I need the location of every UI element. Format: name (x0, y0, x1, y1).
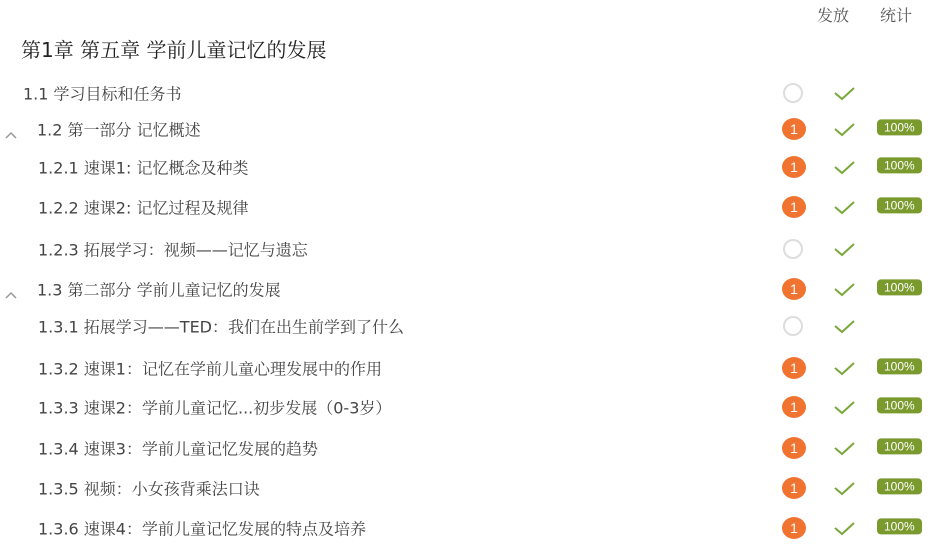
count-badge-text: 1 (782, 156, 806, 178)
publish-count-badge[interactable]: 1 (782, 357, 806, 379)
item-label[interactable]: 1.3.2 速课1：记忆在学前儿童心理发展中的作用 (38, 357, 382, 380)
progress-badge[interactable]: 100% (877, 397, 922, 413)
check-icon[interactable] (832, 240, 856, 258)
item-label[interactable]: 1.3.4 速课3：学前儿童记忆发展的趋势 (38, 437, 318, 460)
list-item[interactable]: 1.3.1 拓展学习——TED：我们在出生前学到了什么 (0, 308, 946, 344)
item-label[interactable]: 1.3.3 速课2：学前儿童记忆...初步发展（0-3岁） (38, 396, 391, 419)
item-label[interactable]: 1.2.1 速课1: 记忆概念及种类 (38, 156, 248, 179)
progress-badge[interactable]: 100% (877, 438, 922, 454)
publish-count-badge[interactable]: 1 (782, 517, 806, 539)
list-item[interactable]: 1.2.2 速课2: 记忆过程及规律1100% (0, 189, 946, 225)
check-icon[interactable] (832, 280, 856, 298)
list-item[interactable]: 1.3.6 速课4：学前儿童记忆发展的特点及培养1100% (0, 510, 946, 546)
count-badge-text: 1 (782, 437, 806, 459)
count-badge-text: 1 (782, 396, 806, 418)
check-icon[interactable] (832, 519, 856, 537)
progress-badge[interactable]: 100% (877, 197, 922, 213)
item-label[interactable]: 1.2.2 速课2: 记忆过程及规律 (38, 196, 248, 219)
progress-badge[interactable]: 100% (877, 478, 922, 494)
list-item[interactable]: 1.2 第一部分 记忆概述1100% (0, 111, 946, 147)
column-header-publish: 发放 (817, 3, 849, 26)
count-badge-text: 1 (782, 278, 806, 300)
circle-outline-icon (783, 83, 803, 103)
publish-count-badge[interactable]: 1 (782, 196, 806, 218)
publish-count-badge[interactable]: 1 (782, 396, 806, 418)
check-icon[interactable] (832, 317, 856, 335)
collapse-caret-icon[interactable] (4, 125, 18, 135)
item-label[interactable]: 1.3.1 拓展学习——TED：我们在出生前学到了什么 (38, 315, 404, 338)
list-item[interactable]: 1.2.1 速课1: 记忆概念及种类1100% (0, 149, 946, 185)
list-item[interactable]: 1.3.4 速课3：学前儿童记忆发展的趋势1100% (0, 430, 946, 466)
publish-count-badge[interactable]: 1 (782, 437, 806, 459)
list-item[interactable]: 1.2.3 拓展学习：视频——记忆与遗忘 (0, 231, 946, 267)
progress-badge[interactable]: 100% (877, 157, 922, 173)
list-item[interactable]: 1.3.3 速课2：学前儿童记忆...初步发展（0-3岁）1100% (0, 389, 946, 425)
empty-circle-icon[interactable] (782, 238, 806, 260)
column-header-stats: 统计 (880, 3, 912, 26)
item-label[interactable]: 1.3 第二部分 学前儿童记忆的发展 (37, 278, 281, 301)
count-badge-text: 1 (782, 196, 806, 218)
circle-outline-icon (783, 316, 803, 336)
publish-count-badge[interactable]: 1 (782, 477, 806, 499)
check-icon[interactable] (832, 398, 856, 416)
check-icon[interactable] (832, 479, 856, 497)
chapter-title: 第1章 第五章 学前儿童记忆的发展 (21, 34, 326, 63)
item-label[interactable]: 1.2.3 拓展学习：视频——记忆与遗忘 (38, 238, 308, 261)
list-item[interactable]: 1.3 第二部分 学前儿童记忆的发展1100% (0, 271, 946, 307)
check-icon[interactable] (832, 120, 856, 138)
check-icon[interactable] (832, 439, 856, 457)
check-icon[interactable] (832, 198, 856, 216)
progress-badge[interactable]: 100% (877, 279, 922, 295)
empty-circle-icon[interactable] (782, 82, 806, 104)
empty-circle-icon[interactable] (782, 315, 806, 337)
count-badge-text: 1 (782, 118, 806, 140)
publish-count-badge[interactable]: 1 (782, 278, 806, 300)
item-label[interactable]: 1.3.5 视频：小女孩背乘法口诀 (38, 477, 260, 500)
progress-badge[interactable]: 100% (877, 119, 922, 135)
collapse-caret-icon[interactable] (4, 285, 18, 295)
publish-count-badge[interactable]: 1 (782, 156, 806, 178)
count-badge-text: 1 (782, 477, 806, 499)
list-item[interactable]: 1.3.2 速课1：记忆在学前儿童心理发展中的作用1100% (0, 350, 946, 386)
circle-outline-icon (783, 239, 803, 259)
item-label[interactable]: 1.1 学习目标和任务书 (23, 82, 182, 105)
check-icon[interactable] (832, 158, 856, 176)
count-badge-text: 1 (782, 517, 806, 539)
item-label[interactable]: 1.2 第一部分 记忆概述 (37, 118, 201, 141)
count-badge-text: 1 (782, 357, 806, 379)
publish-count-badge[interactable]: 1 (782, 118, 806, 140)
check-icon[interactable] (832, 359, 856, 377)
progress-badge[interactable]: 100% (877, 518, 922, 534)
check-icon[interactable] (832, 84, 856, 102)
item-label[interactable]: 1.3.6 速课4：学前儿童记忆发展的特点及培养 (38, 517, 366, 540)
list-item[interactable]: 1.1 学习目标和任务书 (0, 75, 946, 111)
list-item[interactable]: 1.3.5 视频：小女孩背乘法口诀1100% (0, 470, 946, 506)
progress-badge[interactable]: 100% (877, 358, 922, 374)
